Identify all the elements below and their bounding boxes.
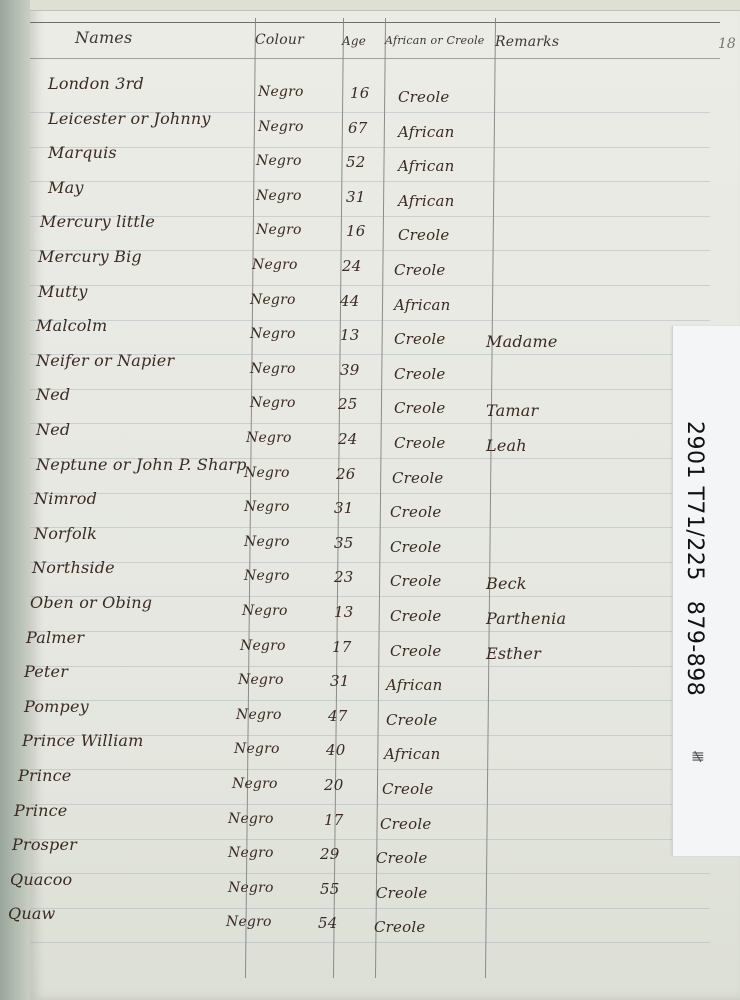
ruled-line	[30, 839, 710, 840]
cell-colour: Negro	[238, 672, 284, 688]
ruled-line	[30, 147, 710, 148]
cell-origin: Creole	[390, 538, 441, 556]
cell-origin: Creole	[390, 642, 441, 660]
cell-origin: Creole	[394, 261, 445, 279]
cell-origin: Creole	[380, 815, 431, 833]
cell-remarks: Tamar	[486, 401, 538, 420]
cell-age: 67	[348, 119, 368, 137]
cell-origin: Creole	[376, 884, 427, 902]
cell-age: 31	[346, 188, 366, 206]
header-colour: Colour	[255, 32, 304, 48]
cell-colour: Negro	[250, 326, 296, 342]
cell-origin: Creole	[394, 399, 445, 417]
cell-name: May	[48, 178, 84, 197]
ruled-line	[30, 908, 710, 909]
cell-age: 13	[340, 326, 360, 344]
ruled-line	[30, 873, 710, 874]
cell-age: 29	[320, 845, 340, 863]
page-number: 18	[718, 36, 736, 52]
ruled-line	[30, 389, 710, 390]
cell-origin: Creole	[394, 434, 445, 452]
cell-age: 26	[336, 465, 356, 483]
cell-name: Ned	[36, 420, 70, 439]
cell-origin: African	[384, 745, 441, 763]
ruled-line	[30, 320, 710, 321]
cell-origin: Creole	[398, 226, 449, 244]
cell-age: 39	[340, 361, 360, 379]
cell-remarks: Parthenia	[486, 609, 566, 628]
page-top-edge	[30, 0, 740, 11]
cell-age: 17	[324, 811, 344, 829]
cell-age: 54	[318, 914, 338, 932]
cell-name: Prince William	[22, 731, 144, 750]
cell-name: Pompey	[24, 697, 89, 716]
cell-name: Mercury little	[40, 212, 155, 231]
cell-age: 17	[332, 638, 352, 656]
cell-age: 52	[346, 153, 366, 171]
cell-origin: Creole	[374, 918, 425, 936]
cell-colour: Negro	[244, 465, 290, 481]
cell-origin: Creole	[394, 365, 445, 383]
cell-origin: Creole	[376, 849, 427, 867]
cell-colour: Negro	[242, 603, 288, 619]
cell-colour: Negro	[240, 638, 286, 654]
cell-colour: Negro	[244, 499, 290, 515]
cell-name: Quaw	[8, 904, 55, 923]
cell-origin: African	[386, 676, 443, 694]
cell-name: Prosper	[12, 835, 77, 854]
cell-name: Mercury Big	[38, 247, 142, 266]
header-top-rule	[30, 22, 720, 23]
cell-age: 16	[350, 84, 370, 102]
cell-age: 40	[326, 741, 346, 759]
cell-origin: Creole	[382, 780, 433, 798]
ruled-line	[30, 527, 710, 528]
cell-remarks: Beck	[486, 574, 527, 593]
cell-colour: Negro	[256, 222, 302, 238]
ruled-line	[30, 181, 710, 182]
cell-name: Marquis	[48, 143, 117, 162]
cell-age: 55	[320, 880, 340, 898]
cell-name: Neifer or Napier	[36, 351, 174, 370]
cell-name: Prince	[14, 801, 67, 820]
cell-name: Nimrod	[34, 489, 97, 508]
cell-colour: Negro	[258, 119, 304, 135]
cell-origin: Creole	[390, 572, 441, 590]
cell-colour: Negro	[252, 257, 298, 273]
header-remarks: Remarks	[495, 34, 559, 50]
ruled-line	[30, 285, 710, 286]
cell-origin: African	[394, 296, 451, 314]
cell-age: 31	[330, 672, 350, 690]
cell-origin: Creole	[392, 469, 443, 487]
ruled-line	[30, 423, 710, 424]
tally-mark-icon: 𝍸	[683, 750, 708, 762]
cell-origin: African	[398, 157, 455, 175]
cell-colour: Negro	[250, 292, 296, 308]
cell-colour: Negro	[246, 430, 292, 446]
cell-colour: Negro	[228, 880, 274, 896]
cell-colour: Negro	[228, 811, 274, 827]
ruled-line	[30, 804, 710, 805]
cell-name: Leicester or Johnny	[48, 109, 211, 128]
cell-age: 23	[334, 568, 354, 586]
cell-remarks: Madame	[486, 332, 558, 351]
header-names: Names	[75, 28, 132, 47]
cell-age: 16	[346, 222, 366, 240]
cell-colour: Negro	[258, 84, 304, 100]
ruled-line	[30, 700, 710, 701]
cell-name: Neptune or John P. Sharp	[36, 455, 247, 474]
cell-name: Ned	[36, 385, 70, 404]
cell-colour: Negro	[232, 776, 278, 792]
ruled-line	[30, 562, 710, 563]
header-bottom-rule	[30, 58, 720, 59]
cell-origin: Creole	[394, 330, 445, 348]
cell-age: 31	[334, 499, 354, 517]
catalogue-reference: 2901 T71/225879-898	[682, 421, 707, 716]
cell-origin: Creole	[390, 503, 441, 521]
ruled-line	[30, 666, 710, 667]
cell-age: 13	[334, 603, 354, 621]
cell-name: Northside	[32, 558, 115, 577]
cell-age: 24	[338, 430, 358, 448]
cell-age: 44	[340, 292, 360, 310]
ruled-line	[30, 942, 710, 943]
cell-name: Oben or Obing	[30, 593, 152, 612]
cell-colour: Negro	[236, 707, 282, 723]
cell-colour: Negro	[250, 395, 296, 411]
cell-remarks: Esther	[486, 644, 541, 663]
cell-colour: Negro	[250, 361, 296, 377]
cell-remarks: Leah	[486, 436, 527, 455]
cell-age: 25	[338, 395, 358, 413]
cell-colour: Negro	[256, 153, 302, 169]
ruled-line	[30, 493, 710, 494]
header-age: Age	[342, 34, 366, 48]
cell-origin: Creole	[390, 607, 441, 625]
cell-name: Palmer	[26, 628, 84, 647]
cell-age: 24	[342, 257, 362, 275]
reference-number: 2901 T71/225	[682, 421, 707, 581]
cell-name: London 3rd	[48, 74, 144, 93]
cell-colour: Negro	[256, 188, 302, 204]
cell-age: 35	[334, 534, 354, 552]
cell-name: Mutty	[38, 282, 88, 301]
catalogue-label: 2901 T71/225879-898 𝍸	[672, 326, 740, 856]
cell-colour: Negro	[244, 568, 290, 584]
cell-name: Peter	[24, 662, 68, 681]
cell-name: Malcolm	[36, 316, 107, 335]
cell-name: Norfolk	[34, 524, 97, 543]
cell-colour: Negro	[228, 845, 274, 861]
cell-name: Quacoo	[10, 870, 72, 889]
cell-colour: Negro	[234, 741, 280, 757]
cell-age: 20	[324, 776, 344, 794]
cell-colour: Negro	[226, 914, 272, 930]
cell-origin: African	[398, 123, 455, 141]
cell-age: 47	[328, 707, 348, 725]
cell-origin: African	[398, 192, 455, 210]
ruled-line	[30, 769, 710, 770]
cell-colour: Negro	[244, 534, 290, 550]
cell-origin: Creole	[398, 88, 449, 106]
cell-origin: Creole	[386, 711, 437, 729]
cell-name: Prince	[18, 766, 71, 785]
folio-range: 879-898	[682, 601, 707, 696]
header-origin: African or Creole	[385, 34, 485, 47]
ruled-line	[30, 631, 710, 632]
